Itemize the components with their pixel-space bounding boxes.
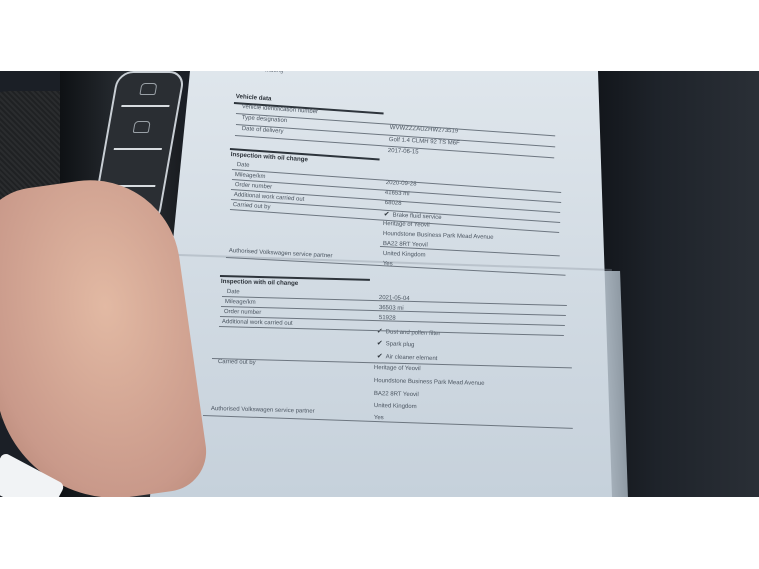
switch-divider: [121, 105, 169, 107]
row-label: Carried out by: [218, 359, 256, 366]
row-label: Order number: [224, 309, 262, 316]
dealer-country: United Kingdom: [374, 403, 417, 410]
row-label: Date: [227, 289, 240, 295]
checkmark-icon: ✔: [377, 328, 383, 335]
checkmark-icon: ✔: [377, 340, 383, 347]
additional-work-text: Spark plug: [386, 341, 415, 348]
window-icon: [139, 83, 157, 95]
page-title-fragment: ...dung: [265, 71, 283, 74]
dealer-postcode: BA22 8RT Yeovil: [374, 391, 419, 398]
additional-work-item: ✔Spark plug: [377, 339, 415, 348]
row-label: Mileage/km: [225, 299, 256, 306]
dealer-name: Heritage of Yeovil: [374, 365, 421, 372]
window-icon: [133, 121, 151, 133]
row-label: Date: [237, 162, 250, 169]
checkmark-icon: ✔: [384, 211, 390, 218]
checkmark-icon: ✔: [377, 353, 383, 360]
photo: ...dung Vehicle data Vehicle identificat…: [0, 71, 759, 497]
switch-divider: [114, 148, 162, 150]
